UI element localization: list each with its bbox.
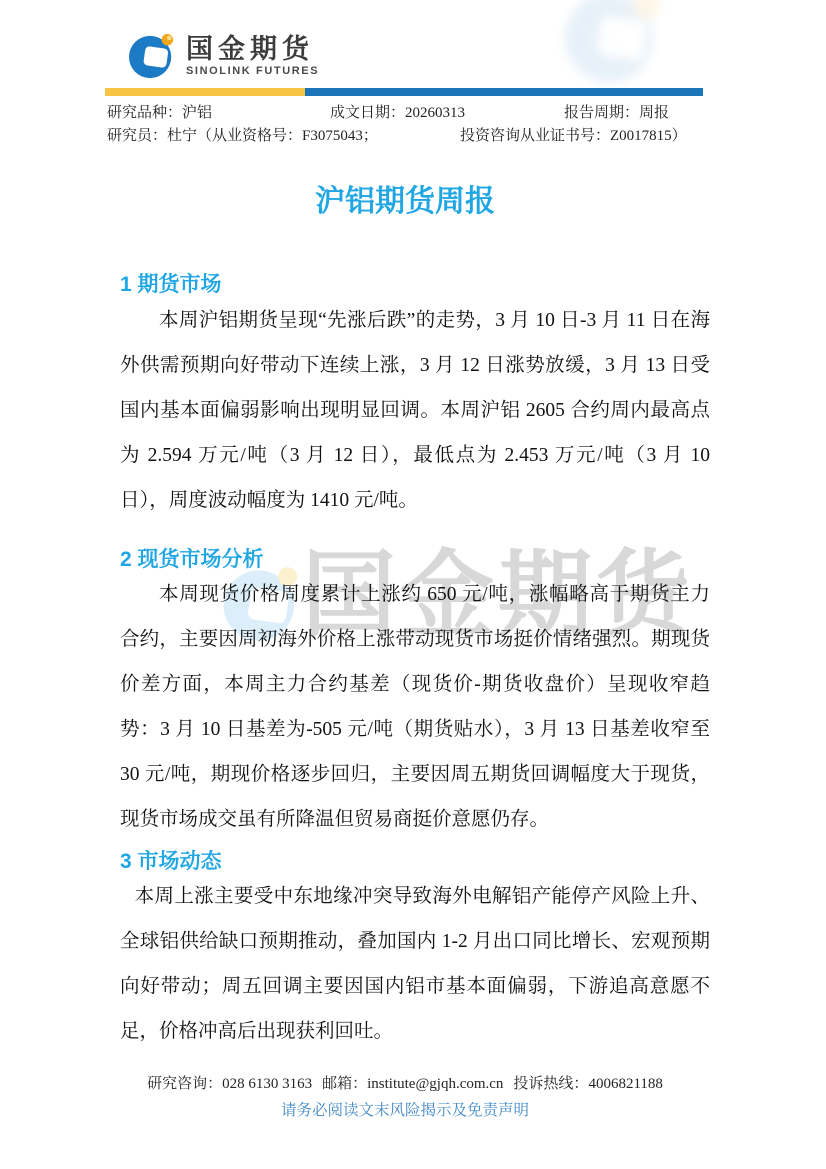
- research-consult-label: 研究咨询：: [147, 1076, 222, 1092]
- footer-disclaimer-link[interactable]: 请务必阅读文末风险揭示及免责声明: [105, 1098, 705, 1120]
- company-name-cn: 国金期货: [186, 34, 319, 64]
- meta-row-1: 研究品种：沪铝 成文日期：20260313 报告周期：周报: [107, 102, 707, 125]
- report-date: 成文日期：20260313: [330, 102, 564, 125]
- report-page: 国金期货 SINOLINK FUTURES 研究品种：沪铝 成文日期：20260…: [0, 0, 826, 1169]
- report-cycle: 报告周期：周报: [564, 102, 707, 125]
- report-cycle-label: 报告周期：: [564, 105, 639, 121]
- research-variety-label: 研究品种：: [107, 105, 182, 121]
- researcher-value: 杜宁（从业资格号：F3075043；: [167, 128, 378, 144]
- hotline-label: 投诉热线：: [513, 1076, 588, 1092]
- section-body-futures-market: 本周沪铝期货呈现“先涨后跌”的走势，3 月 10 日-3 月 11 日在海外供需…: [120, 298, 710, 523]
- report-date-label: 成文日期：: [330, 105, 405, 121]
- footer-contact-line: 研究咨询：028 6130 3163邮箱：institute@gjqh.com.…: [105, 1072, 705, 1093]
- meta-row-2: 研究员：杜宁（从业资格号：F3075043； 投资咨询从业证书号：Z001781…: [107, 125, 707, 148]
- logo-text: 国金期货 SINOLINK FUTURES: [186, 34, 319, 78]
- report-meta: 研究品种：沪铝 成文日期：20260313 报告周期：周报 研究员：杜宁（从业资…: [107, 102, 707, 148]
- page-title: 沪铝期货周报: [105, 176, 705, 220]
- company-name-en: SINOLINK FUTURES: [186, 64, 319, 78]
- section-heading-spot-market: 2 现货市场分析: [120, 543, 710, 573]
- research-variety-value: 沪铝: [182, 105, 212, 121]
- email-value[interactable]: institute@gjqh.com.cn: [367, 1076, 503, 1092]
- header-divider-bar: [105, 88, 703, 96]
- researcher-label: 研究员：: [107, 128, 167, 144]
- email-label: 邮箱：: [322, 1076, 367, 1092]
- section-heading-futures-market: 1 期货市场: [120, 268, 710, 298]
- research-consult-phone: 028 6130 3163: [222, 1076, 312, 1092]
- research-variety: 研究品种：沪铝: [107, 102, 330, 125]
- section-heading-market-dynamics: 3 市场动态: [120, 845, 710, 875]
- license-number: 投资咨询从业证书号：Z0017815）: [460, 125, 707, 148]
- license-label: 投资咨询从业证书号：: [460, 128, 610, 144]
- hotline-value: 4006821188: [588, 1076, 662, 1092]
- section-body-market-dynamics: 本周上涨主要受中东地缘冲突导致海外电解铝产能停产风险上升、全球铝供给缺口预期推动…: [120, 874, 710, 1054]
- report-cycle-value: 周报: [639, 105, 669, 121]
- researcher: 研究员：杜宁（从业资格号：F3075043；: [107, 125, 460, 148]
- sinolink-logo-icon: [128, 32, 176, 80]
- section-body-spot-market: 本周现货价格周度累计上涨约 650 元/吨，涨幅略高于期货主力合约，主要因周初海…: [120, 572, 710, 842]
- faint-logo-watermark-icon: [538, 0, 688, 88]
- license-value: Z0017815）: [610, 128, 687, 144]
- report-date-value: 20260313: [405, 105, 465, 121]
- company-logo: 国金期货 SINOLINK FUTURES: [128, 32, 319, 80]
